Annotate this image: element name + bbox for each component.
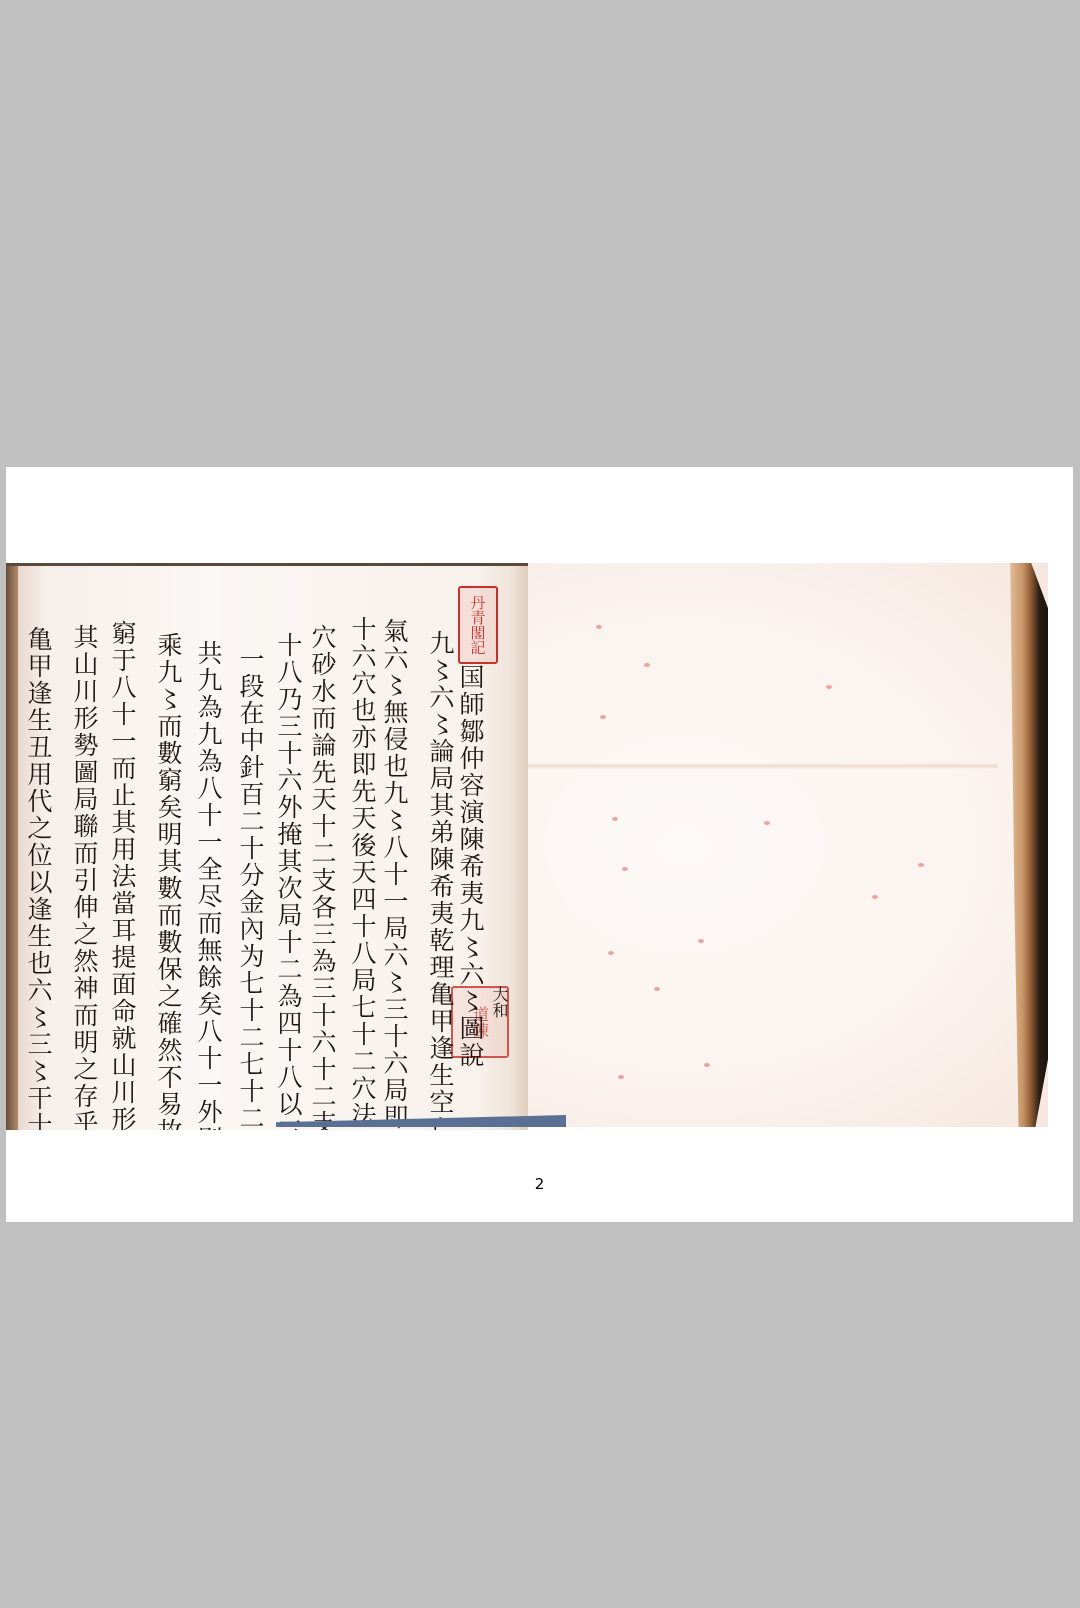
left-folio: 丹青閣記 道陳 大和 国師鄒仲容演陳希夷九〻六〻圖說 九〻六〻論局其弟陳希夷乾理… (6, 563, 528, 1130)
text-column-12: 亀甲逢生丑用代之位以逢生也六〻三〻干十局九〻三〻 (26, 626, 51, 1130)
text-column-6: 十八乃三十六外掩其次局十二為四十八以三十六重之先 (276, 632, 301, 1130)
seal-annotation: 大和 (488, 986, 511, 1018)
text-column-3: 氣六〻無侵也九〻八十一局六〻三十六局即古法八十一変三 (382, 618, 407, 1130)
red-fleck (764, 821, 770, 825)
fold-crease (528, 763, 998, 769)
page-number: 2 (6, 1175, 1073, 1193)
left-edge-stain (6, 566, 18, 1130)
red-fleck (618, 1075, 624, 1079)
red-seal-top: 丹青閣記 (458, 586, 498, 664)
text-column-2: 九〻六〻論局其弟陳希夷乾理亀甲逢生空亡逢死九〻有 (428, 630, 453, 1130)
red-fleck (612, 817, 618, 821)
book-edge (1006, 563, 1048, 1127)
text-column-1: 国師鄒仲容演陳希夷九〻六〻圖說 (458, 664, 483, 1069)
text-column-9: 乘九〻而數窮矣明其數而數保之確然不易故以立用之 (156, 632, 181, 1130)
text-column-10: 窮于八十一而止其用法當耳提面命就山川形勢始知其詳 (110, 620, 135, 1130)
red-fleck (654, 987, 660, 991)
red-fleck (622, 867, 628, 871)
red-fleck (600, 715, 606, 719)
text-column-4: 十六穴也亦即先天後天四十八局七十二穴法以五行統尾 (350, 616, 375, 1130)
red-fleck (644, 663, 650, 667)
document-page: 丹青閣記 道陳 大和 国師鄒仲容演陳希夷九〻六〻圖說 九〻六〻論局其弟陳希夷乾理… (6, 467, 1073, 1222)
text-column-5: 穴砂水而論先天十二支各三為三十六十二支各四為四 (310, 624, 335, 1130)
red-fleck (698, 939, 704, 943)
red-fleck (872, 895, 878, 899)
red-fleck (918, 863, 924, 867)
red-fleck (596, 625, 602, 629)
right-folio (528, 563, 1048, 1127)
red-fleck (826, 685, 832, 689)
red-fleck (608, 951, 614, 955)
text-column-11: 其山川形勢圖局聯而引伸之然神而明之存乎其人耳 (72, 624, 97, 1130)
text-column-7: 一段在中針百二十分金內为七十二七十二又掩其次之向 (238, 646, 263, 1130)
red-fleck (704, 1063, 710, 1067)
manuscript-scan: 丹青閣記 道陳 大和 国師鄒仲容演陳希夷九〻六〻圖說 九〻六〻論局其弟陳希夷乾理… (6, 563, 1073, 1127)
text-column-8: 共九為九為八十一全尽而無餘矣八十一外則不能尽善故 (196, 640, 221, 1130)
